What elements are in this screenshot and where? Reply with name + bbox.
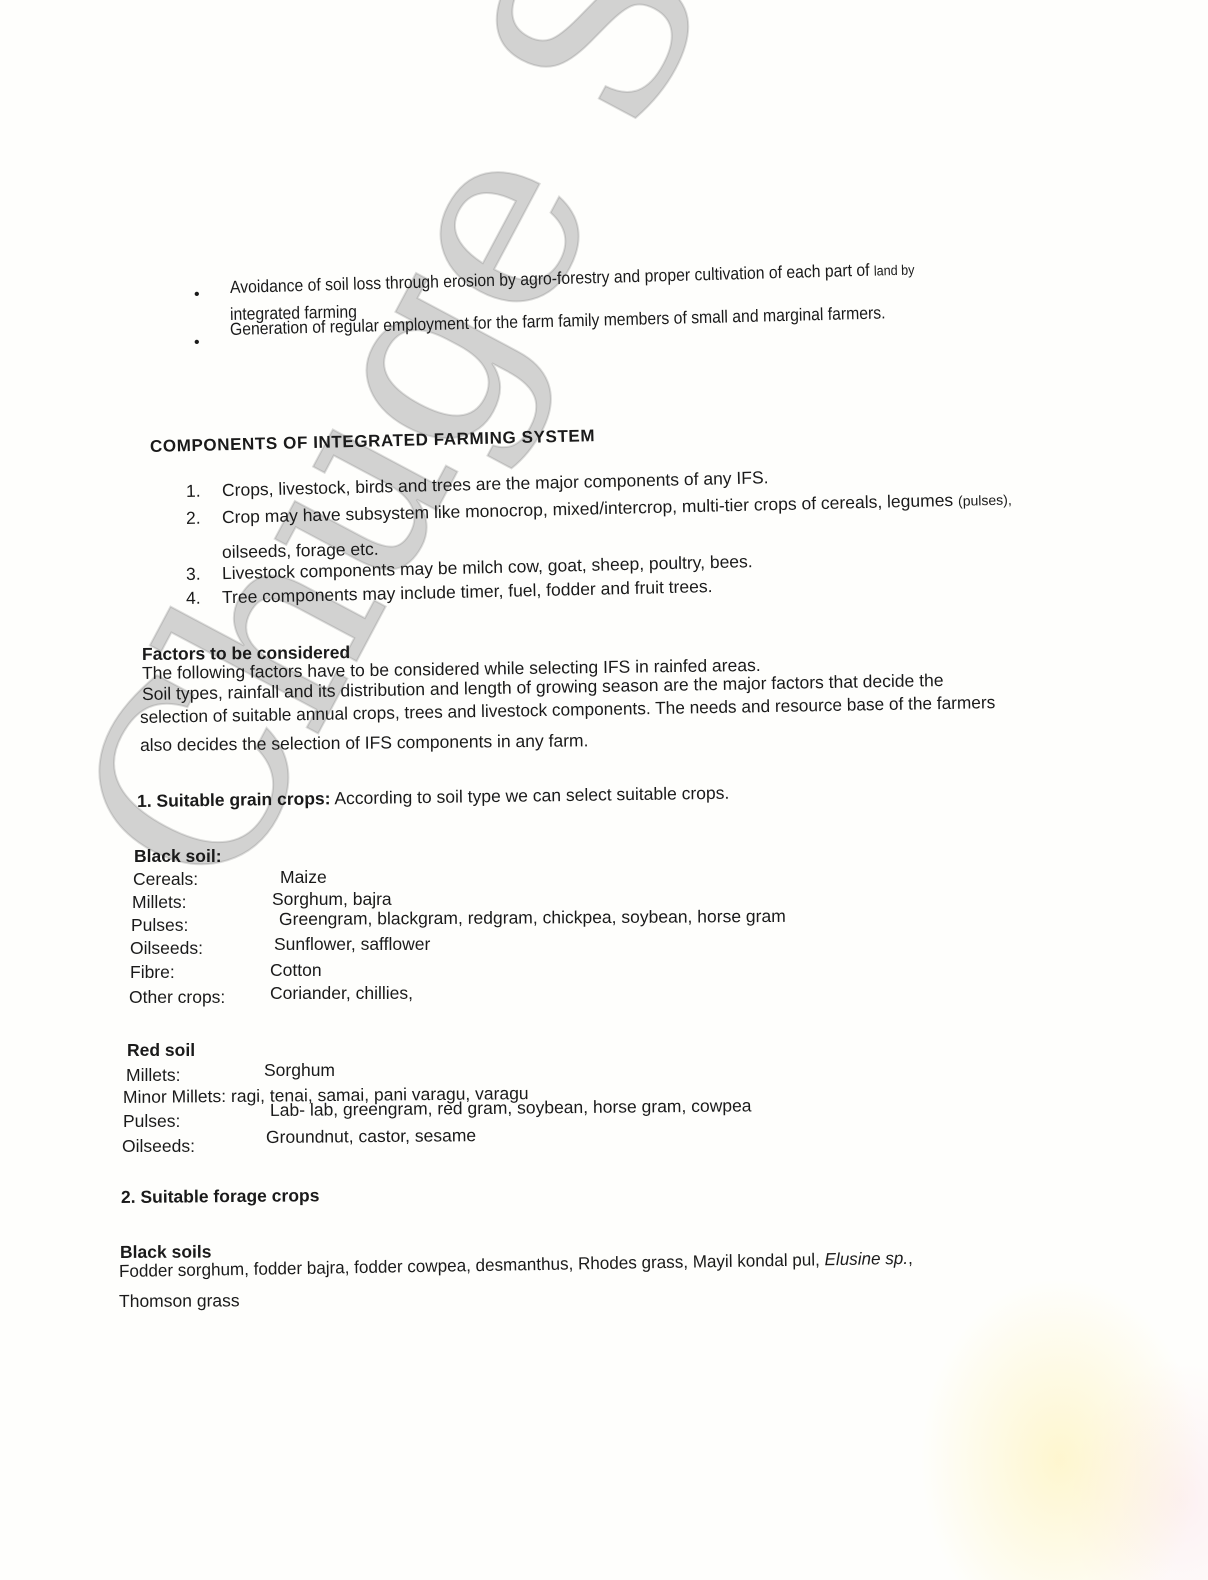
bullet-item: Avoidance of soil loss through erosion b… bbox=[230, 257, 915, 299]
subsection-heading: 1. Suitable grain crops: According to so… bbox=[137, 782, 730, 812]
paragraph-line: Fodder sorghum, fodder bajra, fodder cow… bbox=[119, 1247, 913, 1282]
crop-label: Oilseeds: bbox=[122, 1135, 195, 1157]
crop-value: Sorghum bbox=[264, 1059, 335, 1081]
crop-label: Millets: bbox=[132, 891, 186, 913]
bullet-icon: • bbox=[194, 286, 200, 304]
crop-value: Sunflower, safflower bbox=[274, 933, 430, 955]
document-page: • Avoidance of soil loss through erosion… bbox=[0, 0, 1208, 1580]
crop-value: Coriander, chillies, bbox=[270, 982, 413, 1004]
crop-label: Pulses: bbox=[131, 914, 188, 936]
crop-value: Maize bbox=[280, 866, 327, 888]
section-heading: COMPONENTS OF INTEGRATED FARMING SYSTEM bbox=[150, 425, 596, 458]
bullet-icon: • bbox=[194, 334, 200, 352]
crop-label: Cereals: bbox=[133, 868, 198, 890]
crop-label: Oilseeds: bbox=[130, 937, 203, 959]
crop-value: Lab- lab, greengram, red gram, soybean, … bbox=[270, 1094, 752, 1121]
crop-label: Other crops: bbox=[129, 986, 225, 1008]
subsection-heading: 2. Suitable forage crops bbox=[121, 1184, 320, 1208]
crop-value: Cotton bbox=[270, 959, 322, 981]
paragraph-line: Thomson grass bbox=[119, 1289, 240, 1312]
soil-type-heading: Black soil: bbox=[134, 845, 222, 867]
paragraph-line: also decides the selection of IFS compon… bbox=[140, 729, 589, 756]
crop-value: Groundnut, castor, sesame bbox=[266, 1124, 476, 1148]
crop-value: Greengram, blackgram, redgram, chickpea,… bbox=[279, 905, 786, 930]
crop-label: Fibre: bbox=[130, 961, 175, 983]
crop-label: Pulses: bbox=[123, 1110, 180, 1132]
crop-label: Millets: bbox=[126, 1064, 180, 1086]
soil-type-heading: Red soil bbox=[127, 1039, 195, 1061]
